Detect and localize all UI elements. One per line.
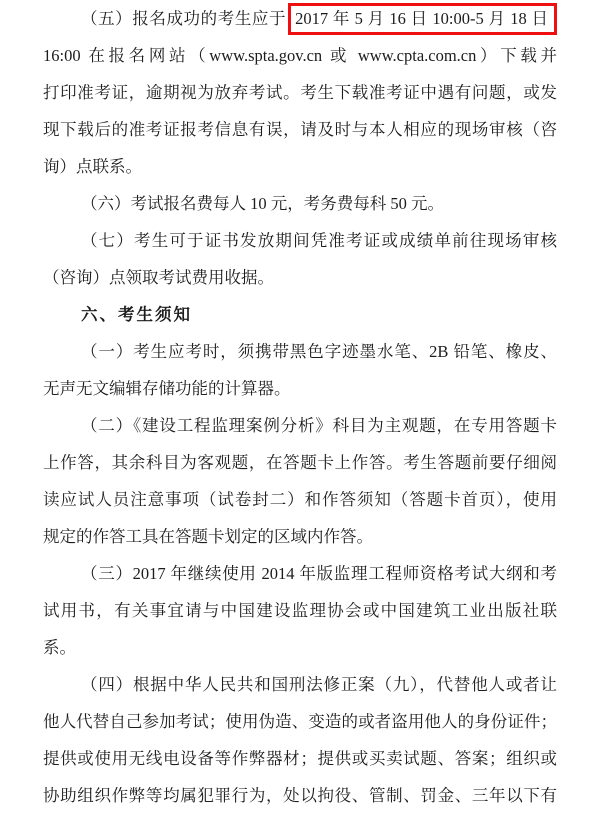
notice-4-line-4: 协助组织作弊等均属犯罪行为，处以拘役、管制、罚金、三年以下有 (43, 777, 557, 814)
notice-4-line-1: （四）根据中华人民共和国刑法修正案（九），代替他人或者让 (43, 666, 557, 703)
notice-1-line-1: （一）考生应考时，须携带黑色字迹墨水笔、2B 铅笔、橡皮、 (43, 333, 557, 370)
paragraph-7-line-1: （七）考生可于证书发放期间凭准考证或成绩单前往现场审核 (43, 222, 557, 259)
paragraph-6-line-1: （六）考试报名费每人 10 元，考务费每科 50 元。 (43, 185, 557, 222)
paragraph-5-line-1: （五）报名成功的考生应于2017 年 5 月 16 日 10:00-5 月 18… (43, 0, 557, 37)
notice-2-line-4: 规定的作答工具在答题卡划定的区域内作答。 (43, 518, 557, 555)
document-page: （五）报名成功的考生应于2017 年 5 月 16 日 10:00-5 月 18… (0, 0, 600, 814)
paragraph-5-prefix: （五）报名成功的考生应于 (81, 9, 286, 28)
notice-4-line-3: 提供或使用无线电设备等作弊器材；提供或买卖试题、答案；组织或 (43, 740, 557, 777)
section-heading-notices: 六、考生须知 (43, 296, 557, 333)
paragraph-5-line-5: 询）点联系。 (43, 148, 557, 185)
notice-2-line-3: 读应试人员注意事项（试卷封二）和作答须知（答题卡首页），使用 (43, 481, 557, 518)
notice-1-line-2: 无声无文编辑存储功能的计算器。 (43, 370, 557, 407)
paragraph-5-line-3: 打印准考证，逾期视为放弃考试。考生下载准考证中遇有问题，或发 (43, 74, 557, 111)
notice-2-line-1: （二）《建设工程监理案例分析》科目为主观题，在专用答题卡 (43, 407, 557, 444)
paragraph-5-line-4: 现下载后的准考证报考信息有误，请及时与本人相应的现场审核（咨 (43, 111, 557, 148)
notice-3-line-1: （三）2017 年继续使用 2014 年版监理工程师资格考试大纲和考 (43, 555, 557, 592)
highlight-box-date-range: 2017 年 5 月 16 日 10:00-5 月 18 日 (288, 3, 557, 35)
notice-3-line-3: 系。 (43, 629, 557, 666)
notice-2-line-2: 上作答，其余科目为客观题，在答题卡上作答。考生答题前要仔细阅 (43, 444, 557, 481)
notice-4-line-2: 他人代替自己参加考试；使用伪造、变造的或者盗用他人的身份证件； (43, 703, 557, 740)
notice-3-line-2: 试用书，有关事宜请与中国建设监理协会或中国建筑工业出版社联 (43, 592, 557, 629)
paragraph-5-line-2: 16:00 在报名网站（www.spta.gov.cn 或 www.cpta.c… (43, 37, 557, 74)
paragraph-7-line-2: （咨询）点领取考试费用收据。 (43, 259, 557, 296)
